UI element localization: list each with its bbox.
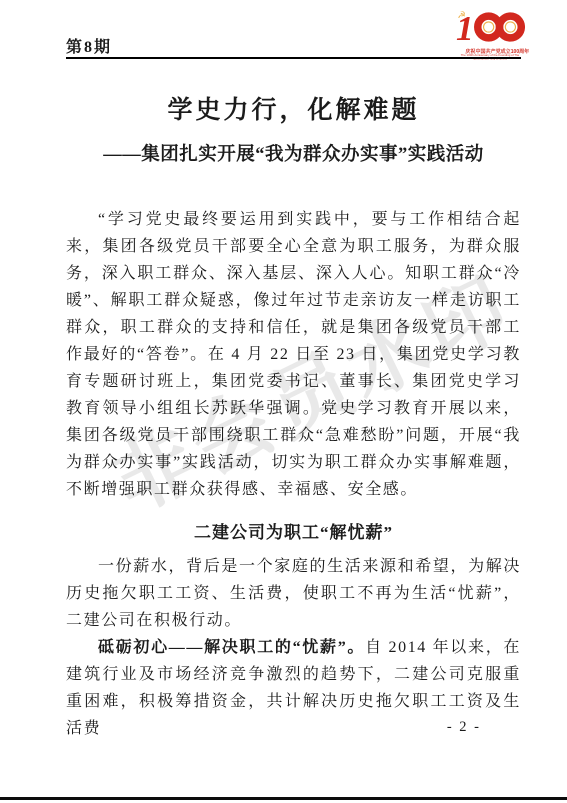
document-page: 第8期 1 ☭ 庆祝中国共产党成立100周年 The 100th Anniver… [0, 0, 567, 803]
page-number: - 2 - [447, 719, 481, 736]
issue-number: 第8期 [66, 34, 112, 57]
logo-100-icon: 1 ☭ [455, 10, 525, 44]
article-content: 学史力行，化解难题 ——集团扎实开展“我为群众办实事”实践活动 “学习党史最终要… [66, 96, 521, 742]
cpc-100th-anniversary-logo: 1 ☭ 庆祝中国共产党成立100周年 The 100th Anniversary… [446, 10, 534, 72]
hammer-sickle-icon: ☭ [457, 10, 466, 21]
paragraph-2: 一份薪水，背后是一个家庭的生活来源和希望，为解决历史拖欠职工工资、生活费，使职工… [66, 553, 521, 634]
bottom-border-line [0, 797, 567, 800]
paragraph-1: “学习党史最终要运用到实践中，要与工作相结合起来，集团各级党员干部要全心全意为职… [66, 206, 521, 503]
article-subtitle: ——集团扎实开展“我为群众办实事”实践活动 [66, 144, 521, 167]
section-heading: 二建公司为职工“解忧薪” [66, 523, 521, 543]
article-title: 学史力行，化解难题 [66, 96, 521, 126]
paragraph-3-lead: 砥砺初心——解决职工的“忧薪”。 [98, 639, 365, 656]
header-divider [66, 57, 521, 59]
